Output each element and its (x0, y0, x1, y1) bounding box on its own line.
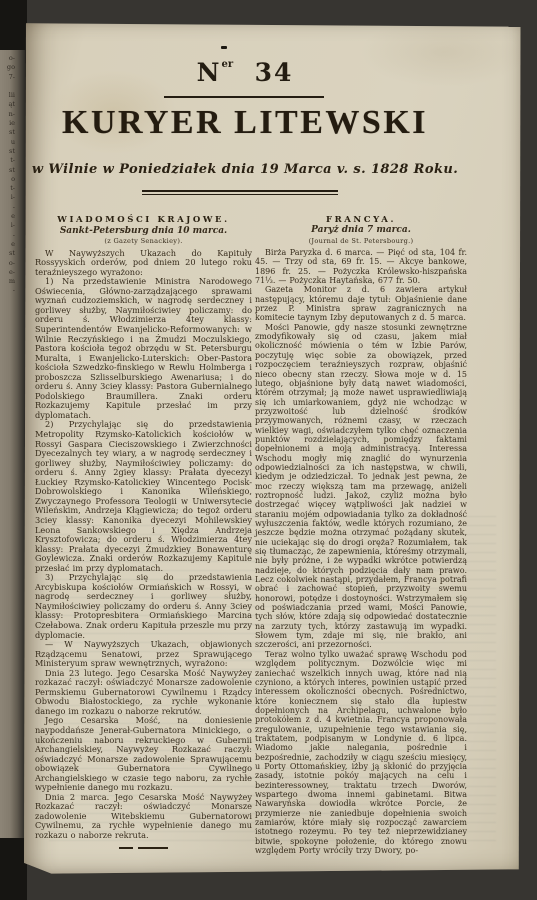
section-end-rule (119, 847, 169, 850)
masthead-title: KURYER LITEWSKI (24, 104, 466, 142)
masthead-rule-bottom (142, 190, 338, 195)
section-title-france: FRANCYA. (255, 216, 467, 225)
paragraph: 1) Na przedstawienie Ministra Narodowego… (35, 277, 252, 420)
paragraph: 3) Przychylając się do przedstawienia Ar… (35, 573, 252, 640)
adjacent-page-text-fragments: o-go7- liiątn-iestustt-stot-i--ei--esto-… (0, 54, 13, 296)
paragraph: Mości Panowie, gdy nasze stosunki zewnęt… (255, 323, 467, 650)
column-france-news: FRANCYA. Paryż dnia 7 marca. (Journal de… (255, 216, 467, 855)
paragraph: 2) Przychylając się do przedstawienia Me… (35, 420, 252, 573)
printers-mark (221, 46, 227, 49)
adjacent-page-edge: o-go7- liiątn-iestustt-stot-i--ei--esto-… (0, 50, 25, 838)
section-source-domestic: (z Gazety Senackiey). (35, 237, 252, 247)
paragraph: Dnia 23 lutego. Jego Cesarska Mość Naywy… (35, 669, 252, 717)
masthead-dateline: w Wilnie w Poniedziałek dnia 19 Marca v.… (24, 162, 466, 177)
column-domestic-news: WIADOMOŚCI KRAJOWE. Sankt-Petersburg dni… (35, 216, 252, 850)
section-source-france: (Journal de St. Petersbourg.) (255, 237, 467, 246)
paragraph: Birża Paryzka d. 6 marca. — Pięć od sta,… (255, 248, 467, 285)
paragraph: Dnia 2 marca. Jego Cesarska Mość Naywyże… (35, 793, 252, 841)
masthead-rule-top (164, 96, 324, 98)
paragraph: — W Naywyższych Ukazach, objawionych Rzą… (35, 640, 252, 669)
issue-superscript: er (222, 59, 234, 70)
newspaper-page: Ner 34 KURYER LITEWSKI w Wilnie w Ponied… (24, 22, 521, 874)
paragraph: Teraz wolno tylko uważać sprawę Wschodu … (255, 650, 467, 856)
issue-number: Ner 34 (24, 58, 466, 87)
paragraph: Jego Cesarska Mość, na doniesienie naypo… (35, 716, 252, 792)
issue-label: N (197, 58, 222, 87)
paragraph: Gazeta Monitor z d. 6 zawiera artykuł na… (255, 285, 467, 322)
section-title-domestic: WIADOMOŚCI KRAJOWE. (35, 216, 252, 226)
paragraph: W Naywyższych Ukazach do Kapituły Rossyy… (35, 249, 252, 278)
section-dateline-france: Paryż dnia 7 marca. (255, 226, 467, 235)
scan-background: o-go7- liiątn-iestustt-stot-i--ei--esto-… (0, 0, 537, 900)
section-dateline-domestic: Sankt-Petersburg dnia 10 marca. (35, 227, 252, 237)
issue-value: 34 (255, 58, 294, 87)
